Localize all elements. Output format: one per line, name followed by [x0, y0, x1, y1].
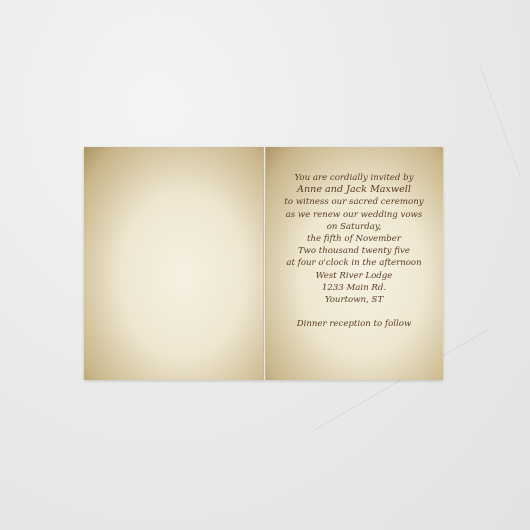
card-left-panel: [84, 147, 264, 380]
invitation-card: You are cordially invited by Anne and Ja…: [84, 147, 443, 380]
invite-line: as we renew our wedding vows: [265, 209, 443, 221]
invite-line: to witness our sacred ceremony: [265, 196, 443, 208]
hosts-names: Anne and Jack Maxwell: [265, 184, 443, 196]
event-year: Two thousand twenty five: [265, 245, 443, 257]
venue-street: 1233 Main Rd.: [265, 282, 443, 294]
event-time: at four o'clock in the afternoon: [265, 257, 443, 269]
event-day: on Saturday,: [265, 221, 443, 233]
event-date: the fifth of November: [265, 233, 443, 245]
venue-city: Yourtown, ST: [265, 294, 443, 306]
invitation-text: You are cordially invited by Anne and Ja…: [265, 172, 443, 330]
card-right-panel: You are cordially invited by Anne and Ja…: [265, 147, 443, 380]
reception-note: Dinner reception to follow: [265, 318, 443, 330]
venue-name: West River Lodge: [265, 270, 443, 282]
invite-line: You are cordially invited by: [265, 172, 443, 184]
marble-vein: [479, 64, 521, 177]
